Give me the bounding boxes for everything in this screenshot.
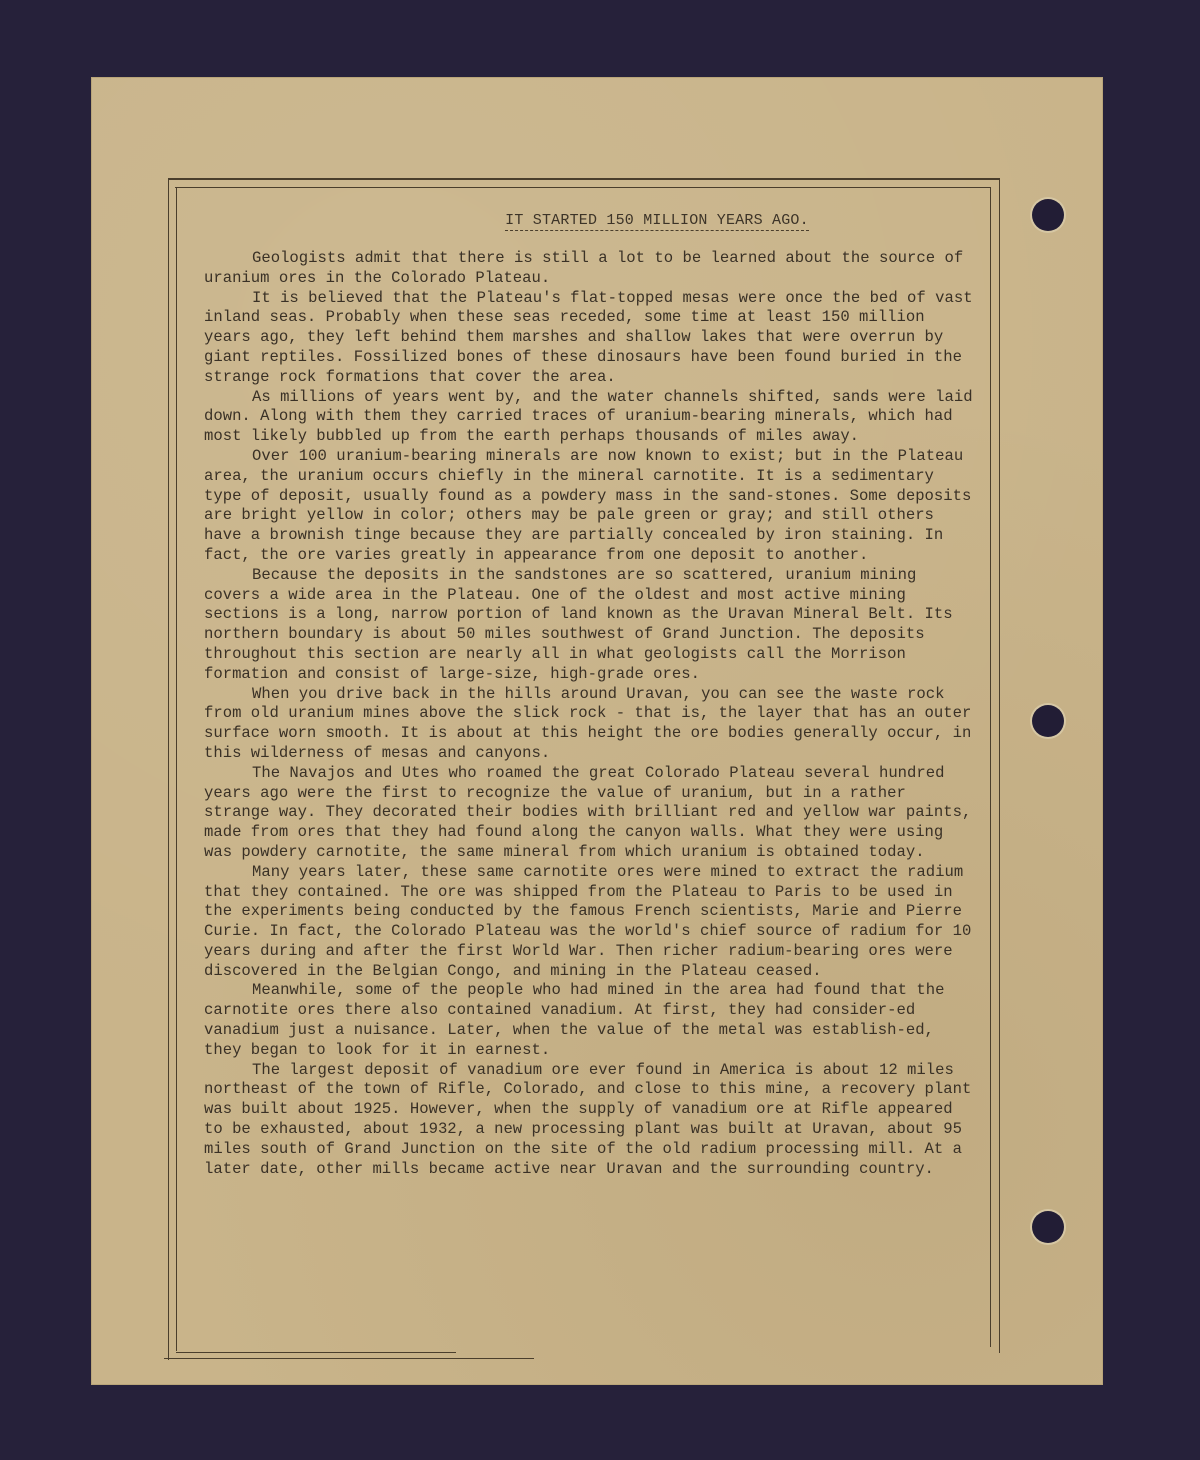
paragraph-1: Geologists admit that there is still a l… (204, 249, 974, 289)
paragraph-6: When you drive back in the hills around … (204, 685, 974, 764)
paragraph-10: The largest deposit of vanadium ore ever… (204, 1061, 974, 1180)
frame-border-bottom-outer (164, 1358, 534, 1359)
frame-border-right-inner (990, 187, 991, 1347)
paragraph-9: Meanwhile, some of the people who had mi… (204, 981, 974, 1060)
frame-border-top-inner (175, 187, 990, 188)
paragraph-8: Many years later, these same carnotite o… (204, 863, 974, 982)
frame-border-left-inner (176, 187, 177, 1351)
punch-hole-middle (1032, 705, 1064, 737)
frame-border-top-outer (168, 178, 1000, 180)
paragraph-2: It is believed that the Plateau's flat-t… (204, 289, 974, 388)
document-body: Geologists admit that there is still a l… (204, 249, 974, 1179)
frame-border-left-outer (168, 178, 169, 1360)
document-title-text: IT STARTED 150 MILLION YEARS AGO. (505, 212, 809, 231)
paragraph-5: Because the deposits in the sandstones a… (204, 566, 974, 685)
paragraph-7: The Navajos and Utes who roamed the grea… (204, 764, 974, 863)
paragraph-4: Over 100 uranium-bearing minerals are no… (204, 447, 974, 566)
typewritten-page: IT STARTED 150 MILLION YEARS AGO. Geolog… (92, 78, 1102, 1384)
paragraph-3: As millions of years went by, and the wa… (204, 388, 974, 447)
document-title: IT STARTED 150 MILLION YEARS AGO. (92, 212, 1102, 231)
frame-border-right-outer (999, 178, 1000, 1353)
frame-border-bottom-inner (176, 1352, 456, 1353)
punch-hole-bottom (1032, 1211, 1064, 1243)
